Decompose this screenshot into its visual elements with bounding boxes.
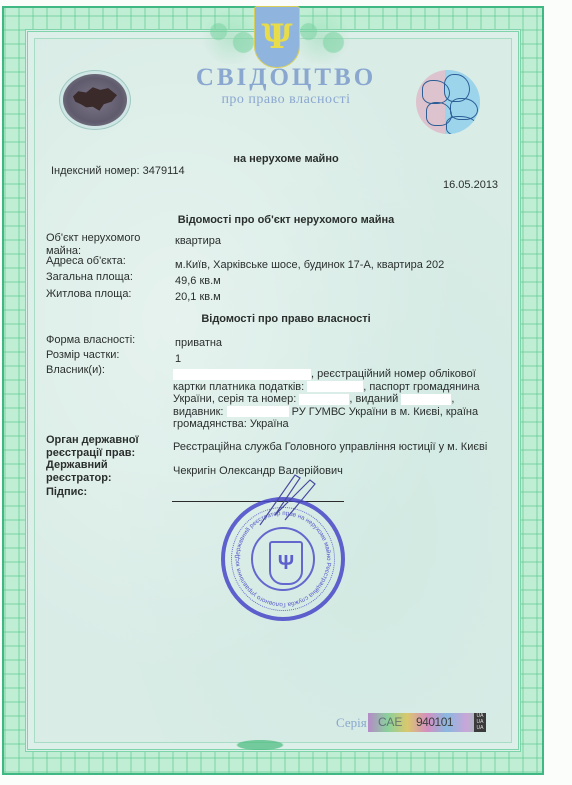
- series-number: 940101: [416, 715, 453, 729]
- label-living-area: Житлова площа:: [46, 288, 166, 301]
- trident-shield-icon: Ψ: [254, 6, 300, 68]
- label-owners: Власник(и):: [46, 364, 166, 377]
- owner-text-3: , виданий: [349, 393, 398, 405]
- bottom-ornament-icon: [205, 733, 315, 753]
- label-address: Адреса об'єкта:: [46, 255, 166, 268]
- ownership-section-heading: Відомості про право власності: [0, 313, 572, 326]
- signature-scribble: [255, 470, 325, 530]
- label-ownership-form: Форма власності:: [46, 334, 166, 347]
- property-section-heading: Відомості про об'єкт нерухомого майна: [0, 214, 572, 227]
- value-ownership-form: приватна: [175, 337, 222, 350]
- ua-mark: UA UA UA: [474, 713, 486, 732]
- redacted-passport-number: [299, 394, 349, 405]
- series-label: Серія: [336, 715, 367, 731]
- coat-of-arms: Ψ: [200, 6, 352, 68]
- ornament-left-icon: [200, 10, 262, 64]
- stamp-trident-icon: Ψ: [269, 541, 303, 585]
- series-hologram-strip: САЕ 940101 UA UA UA: [368, 713, 486, 732]
- label-object: Об'єкт нерухомого майна:: [46, 232, 156, 257]
- label-registration-authority: Орган державної реєстрації прав:: [46, 434, 166, 459]
- value-living-area: 20,1 кв.м: [175, 291, 221, 304]
- redacted-issue-date: [401, 394, 451, 405]
- value-address: м.Київ, Харківське шосе, будинок 17-А, к…: [175, 259, 444, 272]
- owner-details: , реєстраційний номер облікової картки п…: [173, 368, 483, 431]
- series-code: САЕ: [378, 715, 402, 729]
- value-share-size: 1: [175, 353, 181, 366]
- issue-date: 16.05.2013: [443, 179, 498, 192]
- ukraine-map-icon: [73, 86, 117, 112]
- regions-map-hologram-icon: [416, 70, 480, 134]
- index-number: Індексний номер: 3479114: [51, 165, 185, 178]
- redacted-issuer: [227, 406, 289, 417]
- value-total-area: 49,6 кв.м: [175, 275, 221, 288]
- label-state-registrar: Державний реєстратор:: [46, 459, 146, 484]
- label-total-area: Загальна площа:: [46, 271, 166, 284]
- value-registration-authority: Реєстраційна служба Головного управління…: [173, 441, 487, 454]
- ukraine-map-hologram-icon: [63, 74, 127, 126]
- label-signature: Підпис:: [46, 486, 166, 499]
- label-share-size: Розмір частки:: [46, 349, 166, 362]
- value-object: квартира: [175, 235, 221, 248]
- redacted-owner-name: [173, 369, 311, 380]
- redacted-tax-number: [307, 381, 363, 392]
- trident-icon: Ψ: [261, 20, 292, 54]
